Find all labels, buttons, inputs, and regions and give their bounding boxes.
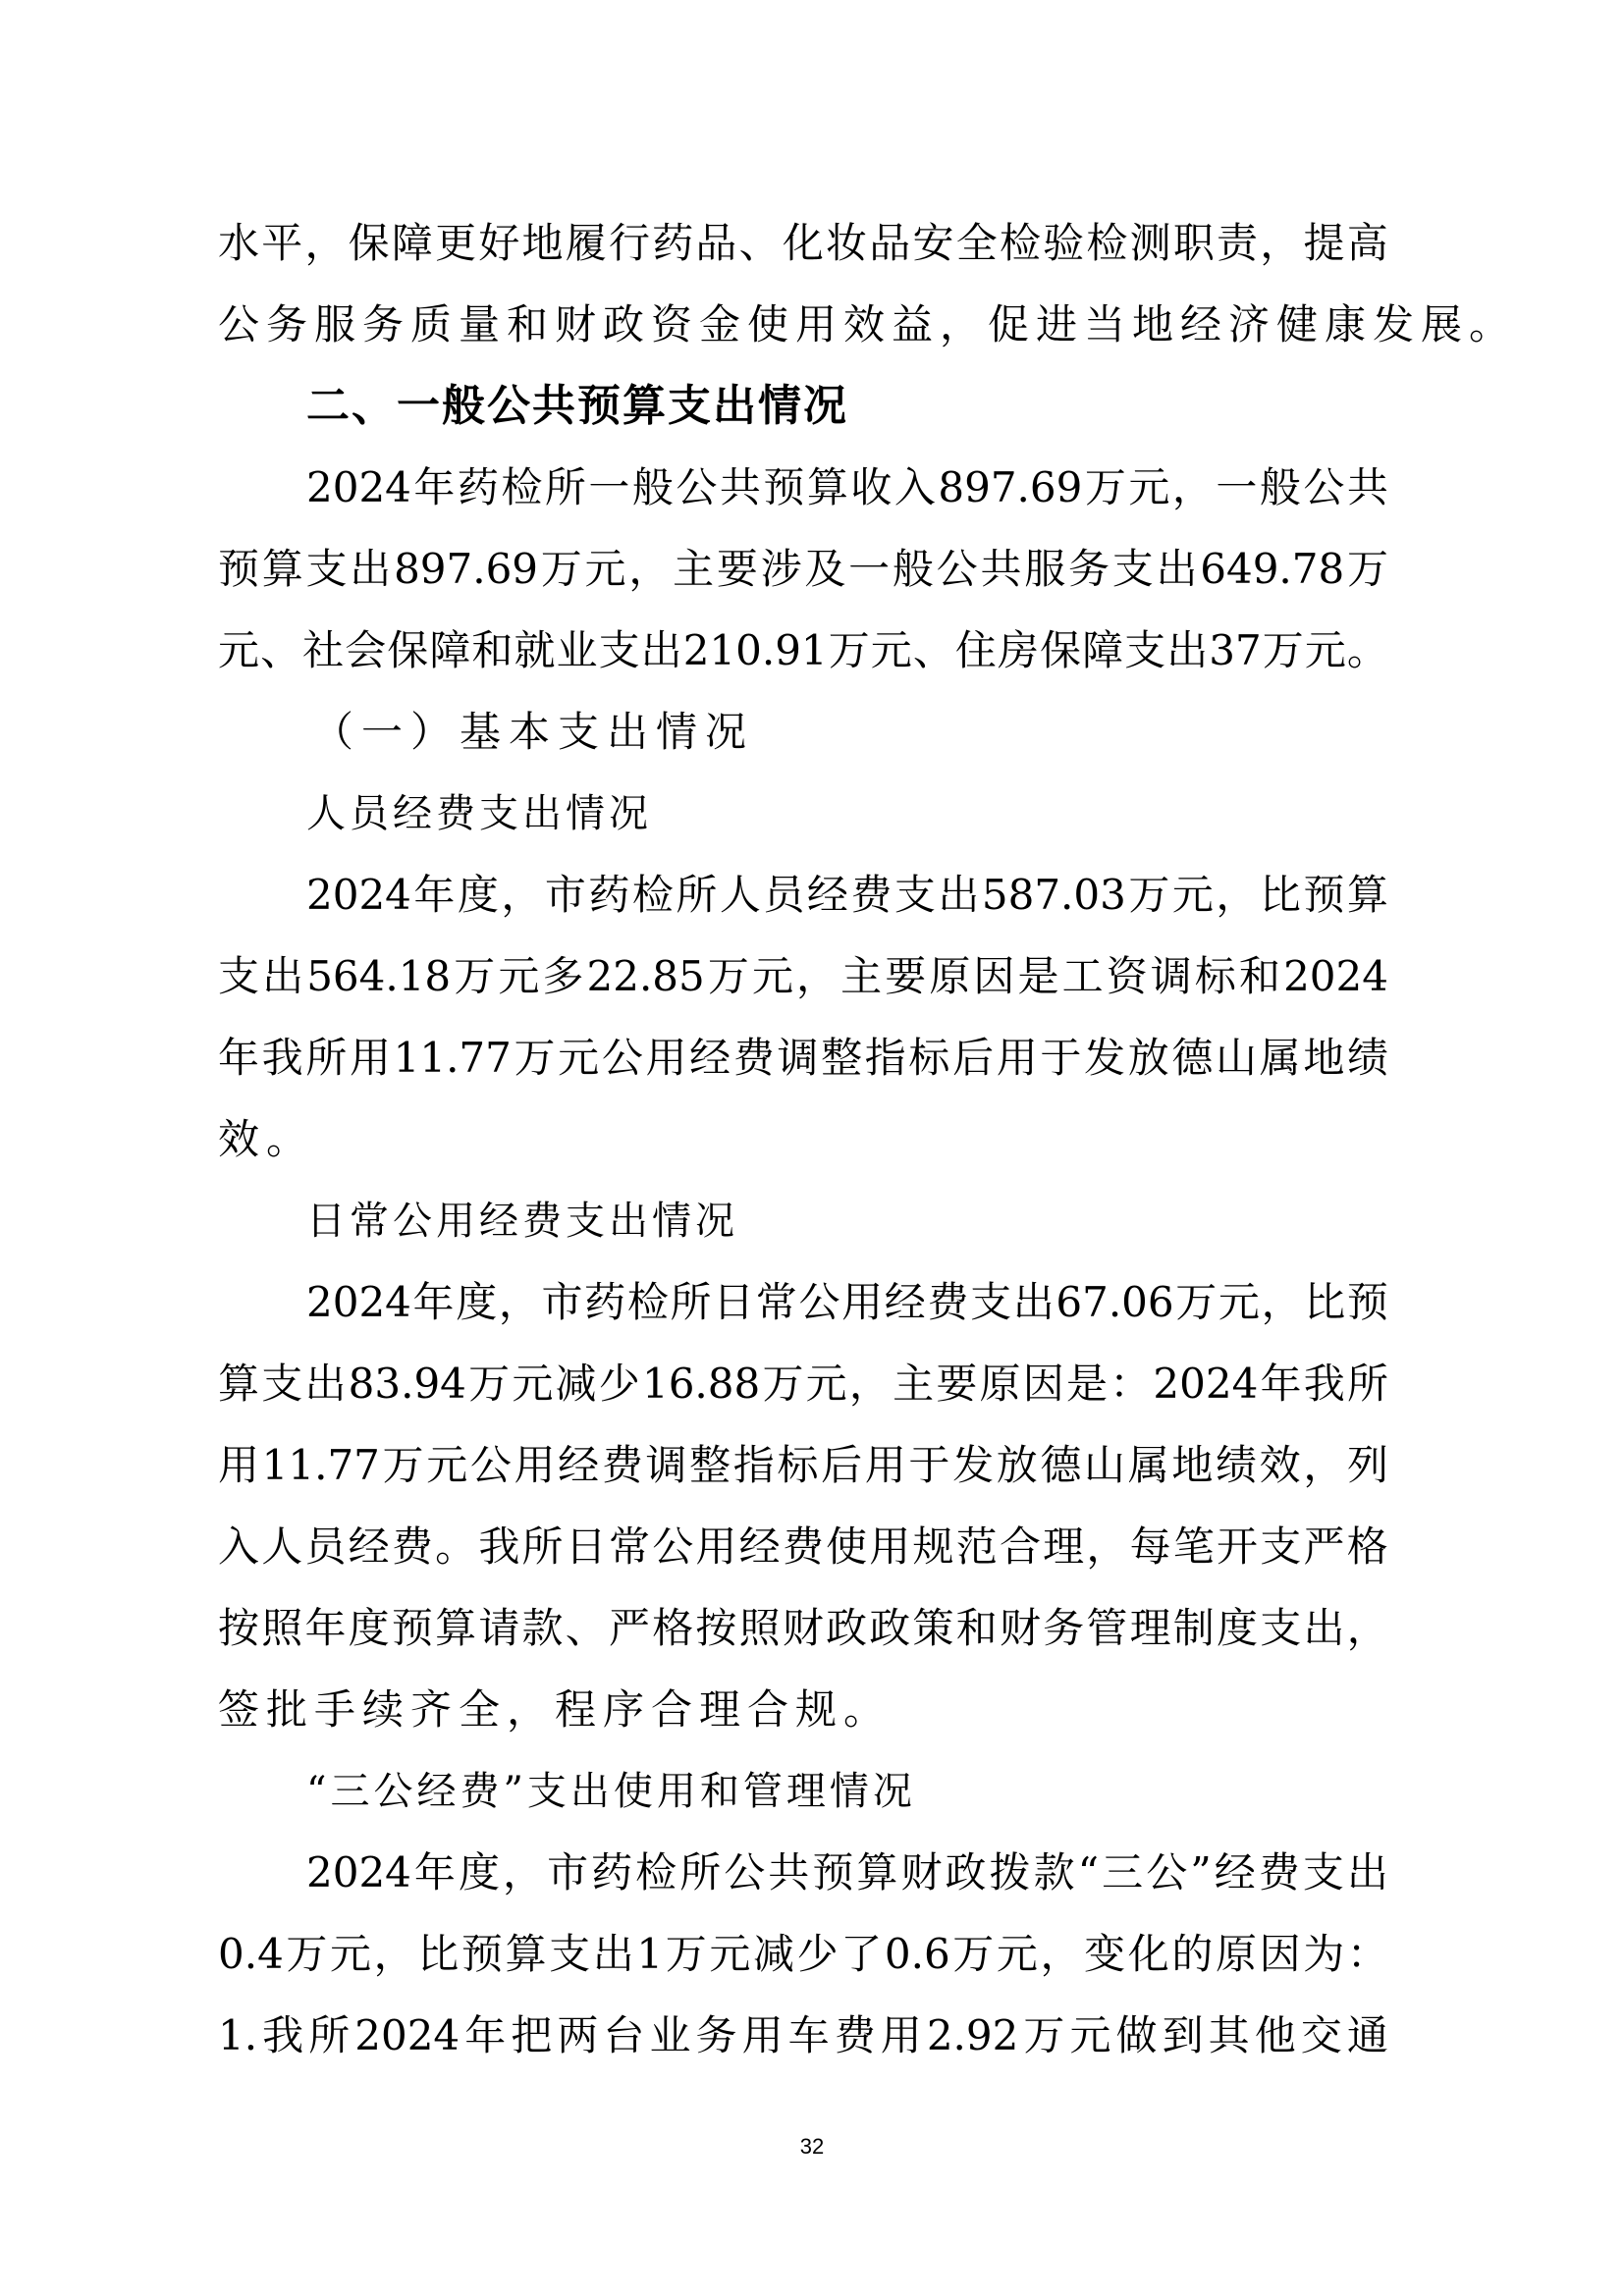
document-page: 水平，保障更好地履行药品、化妆品安全检验检测职责，提高 公务服务质量和财政资金使… — [0, 0, 1624, 2296]
paragraph-line: 效。 — [218, 1110, 1388, 1169]
paragraph-line: 签批手续齐全，程序合理合规。 — [218, 1681, 1388, 1739]
paragraph-line: 1.我所2024年把两台业务用车费用2.92万元做到其他交通 — [218, 2006, 1388, 2065]
paragraph-line: 预算支出897.69万元，主要涉及一般公共服务支出649.78万 — [218, 540, 1388, 599]
paragraph-line: 算支出83.94万元减少16.88万元，主要原因是：2024年我所 — [218, 1355, 1388, 1414]
paragraph-line: 2024年度，市药检所公共预算财政拨款“三公”经费支出 — [306, 1843, 1388, 1902]
paragraph-line: 2024年度，市药检所日常公用经费支出67.06万元，比预 — [306, 1273, 1388, 1332]
paragraph-line: 支出564.18万元多22.85万元，主要原因是工资调标和2024 — [218, 947, 1388, 1006]
paragraph-line: 入人员经费。我所日常公用经费使用规范合理，每笔开支严格 — [218, 1518, 1388, 1576]
paragraph-line: 元、社会保障和就业支出210.91万元、住房保障支出37万元。 — [218, 621, 1388, 680]
paragraph-line: 2024年药检所一般公共预算收入897.69万元，一般公共 — [306, 458, 1388, 517]
paragraph-line: 公务服务质量和财政资金使用效益，促进当地经济健康发展。 — [218, 295, 1388, 354]
topic-title: “三公经费”支出使用和管理情况 — [306, 1762, 916, 1821]
paragraph-line: 用11.77万元公用经费调整指标后用于发放德山属地绩效，列 — [218, 1436, 1388, 1495]
paragraph-line: 按照年度预算请款、严格按照财政政策和财务管理制度支出， — [218, 1599, 1388, 1658]
topic-title: 人员经费支出情况 — [306, 784, 652, 843]
paragraph-line: 水平，保障更好地履行药品、化妆品安全检验检测职责，提高 — [218, 214, 1388, 273]
paragraph-line: 年我所用11.77万元公用经费调整指标后用于发放德山属地绩 — [218, 1029, 1388, 1088]
section-heading: 二、一般公共预算支出情况 — [306, 377, 848, 436]
paragraph-line: 0.4万元，比预算支出1万元减少了0.6万元，变化的原因为： — [218, 1925, 1388, 1984]
subsection-heading: （一）基本支出情况 — [312, 703, 754, 762]
topic-title: 日常公用经费支出情况 — [306, 1192, 738, 1251]
paragraph-line: 2024年度，市药检所人员经费支出587.03万元，比预算 — [306, 866, 1388, 925]
page-number: 32 — [785, 2132, 839, 2162]
